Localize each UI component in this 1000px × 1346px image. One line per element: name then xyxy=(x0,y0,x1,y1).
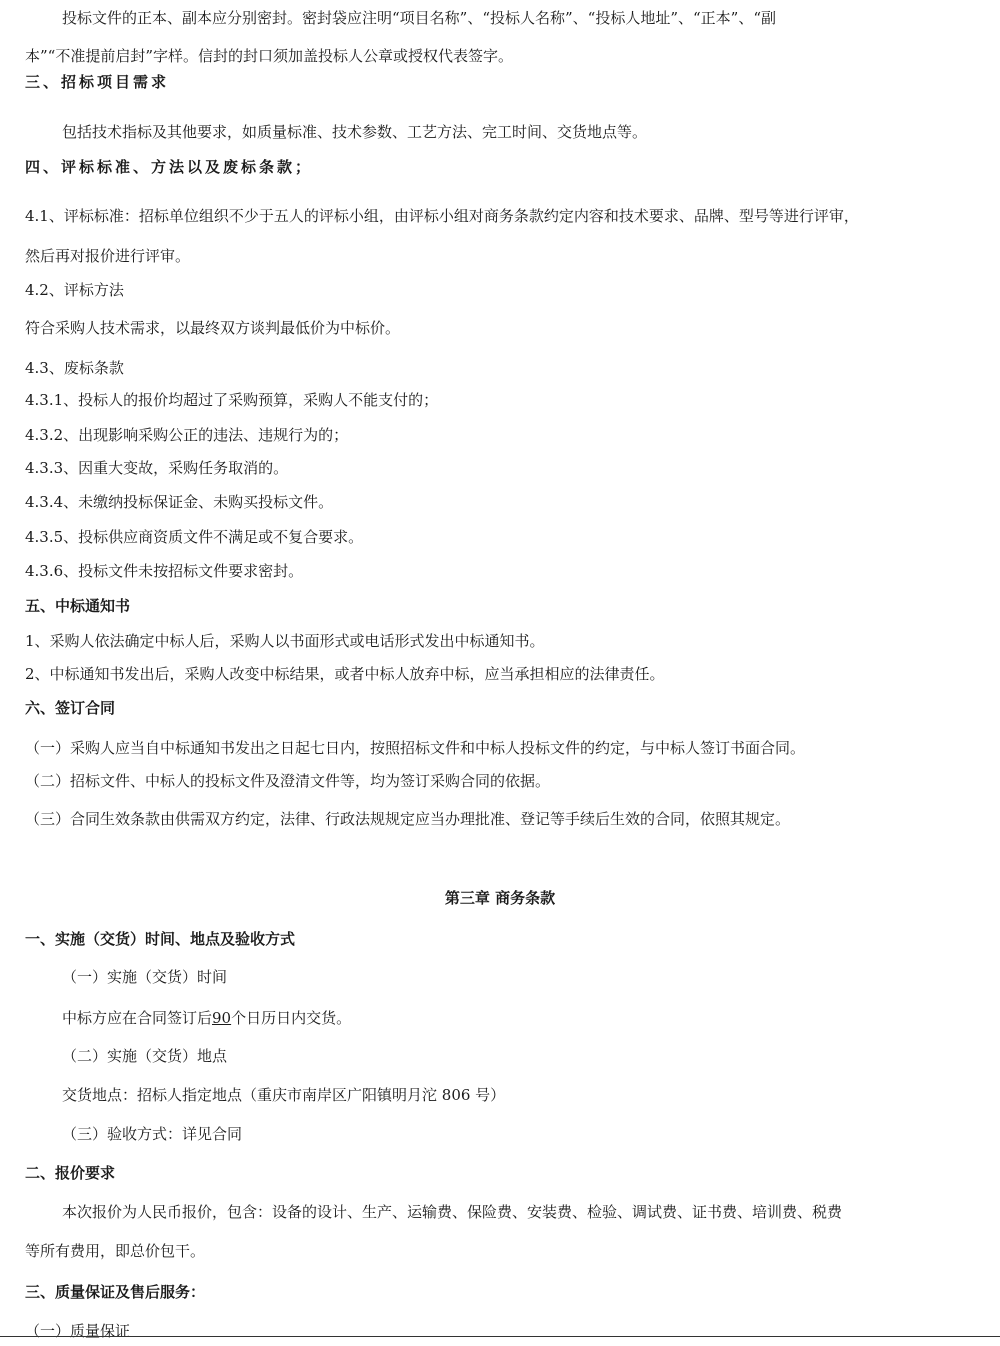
contract-item-3: （三）合同生效条款由供需双方约定，法律、行政法规规定应当办理批准、登记等手续后生… xyxy=(25,809,790,829)
paragraph-sealing-line1: 投标文件的正本、副本应分别密封。密封袋应注明“项目名称”、“投标人名称”、“投标… xyxy=(62,8,776,28)
clause-4-3-1: 4.3.1、投标人的报价均超过了采购预算，采购人不能支付的； xyxy=(25,390,438,410)
clause-4-3-5: 4.3.5、投标供应商资质文件不满足或不复合要求。 xyxy=(25,527,363,547)
paragraph-requirements: 包括技术指标及其他要求，如质量标准、技术参数、工艺方法、完工时间、交货地点等。 xyxy=(62,122,647,142)
paragraph-sealing-line2: 本”“不准提前启封”字样。信封的封口须加盖投标人公章或授权代表签字。 xyxy=(25,46,513,66)
clause-4-3-4: 4.3.4、未缴纳投标保证金、未购买投标文件。 xyxy=(25,492,333,512)
clause-4-2-title: 4.2、评标方法 xyxy=(25,280,124,300)
heading-section-3: 三、招标项目需求 xyxy=(25,72,169,92)
clause-4-2-body: 符合采购人技术需求，以最终双方谈判最低价为中标价。 xyxy=(25,318,400,338)
quality-assurance-title: （一）质量保证 xyxy=(25,1321,130,1341)
clause-4-3-3: 4.3.3、因重大变故，采购任务取消的。 xyxy=(25,458,288,478)
delivery-place-title: （二）实施（交货）地点 xyxy=(62,1046,227,1066)
chapter-3-title: 第三章 商务条款 xyxy=(0,888,1000,908)
delivery-time-title: （一）实施（交货）时间 xyxy=(62,967,227,987)
clause-4-3-2: 4.3.2、出现影响采购公正的违法、违规行为的； xyxy=(25,425,348,445)
notice-item-1: 1、采购人依法确定中标人后，采购人以书面形式或电话形式发出中标通知书。 xyxy=(25,631,545,651)
heading-section-5: 五、中标通知书 xyxy=(25,596,130,616)
heading-section-6: 六、签订合同 xyxy=(25,698,115,718)
delivery-place-body: 交货地点：招标人指定地点（重庆市南岸区广阳镇明月沱 806 号） xyxy=(62,1085,505,1105)
clause-4-3-6: 4.3.6、投标文件未按招标文件要求密封。 xyxy=(25,561,303,581)
notice-item-2: 2、中标通知书发出后，采购人改变中标结果，或者中标人放弃中标，应当承担相应的法律… xyxy=(25,664,665,684)
page-divider xyxy=(0,1336,1000,1337)
quote-requirements-line2: 等所有费用，即总价包干。 xyxy=(25,1241,205,1261)
clause-4-1-line1: 4.1、评标标准：招标单位组织不少于五人的评标小组，由评标小组对商务条款约定内容… xyxy=(25,206,859,226)
clause-4-1-line2: 然后再对报价进行评审。 xyxy=(25,246,190,266)
quote-requirements-line1: 本次报价为人民币报价，包含：设备的设计、生产、运输费、保险费、安装费、检验、调试… xyxy=(62,1202,842,1222)
delivery-time-body: 中标方应在合同签订后90个日历日内交货。 xyxy=(62,1008,351,1028)
heading-chapter3-section-2: 二、报价要求 xyxy=(25,1163,115,1183)
delivery-time-suffix: 个日历日内交货。 xyxy=(231,1009,351,1027)
heading-chapter3-section-1: 一、实施（交货）时间、地点及验收方式 xyxy=(25,929,295,949)
heading-section-4: 四、评标标准、方法以及废标条款； xyxy=(25,157,313,177)
contract-item-2: （二）招标文件、中标人的投标文件及澄清文件等，均为签订采购合同的依据。 xyxy=(25,771,550,791)
delivery-days-value: 90 xyxy=(212,1009,231,1027)
contract-item-1: （一）采购人应当自中标通知书发出之日起七日内，按照招标文件和中标人投标文件的约定… xyxy=(25,738,805,758)
acceptance-method: （三）验收方式：详见合同 xyxy=(62,1124,242,1144)
delivery-time-prefix: 中标方应在合同签订后 xyxy=(62,1009,212,1027)
clause-4-3-title: 4.3、废标条款 xyxy=(25,358,124,378)
heading-chapter3-section-3: 三、质量保证及售后服务： xyxy=(25,1282,205,1302)
